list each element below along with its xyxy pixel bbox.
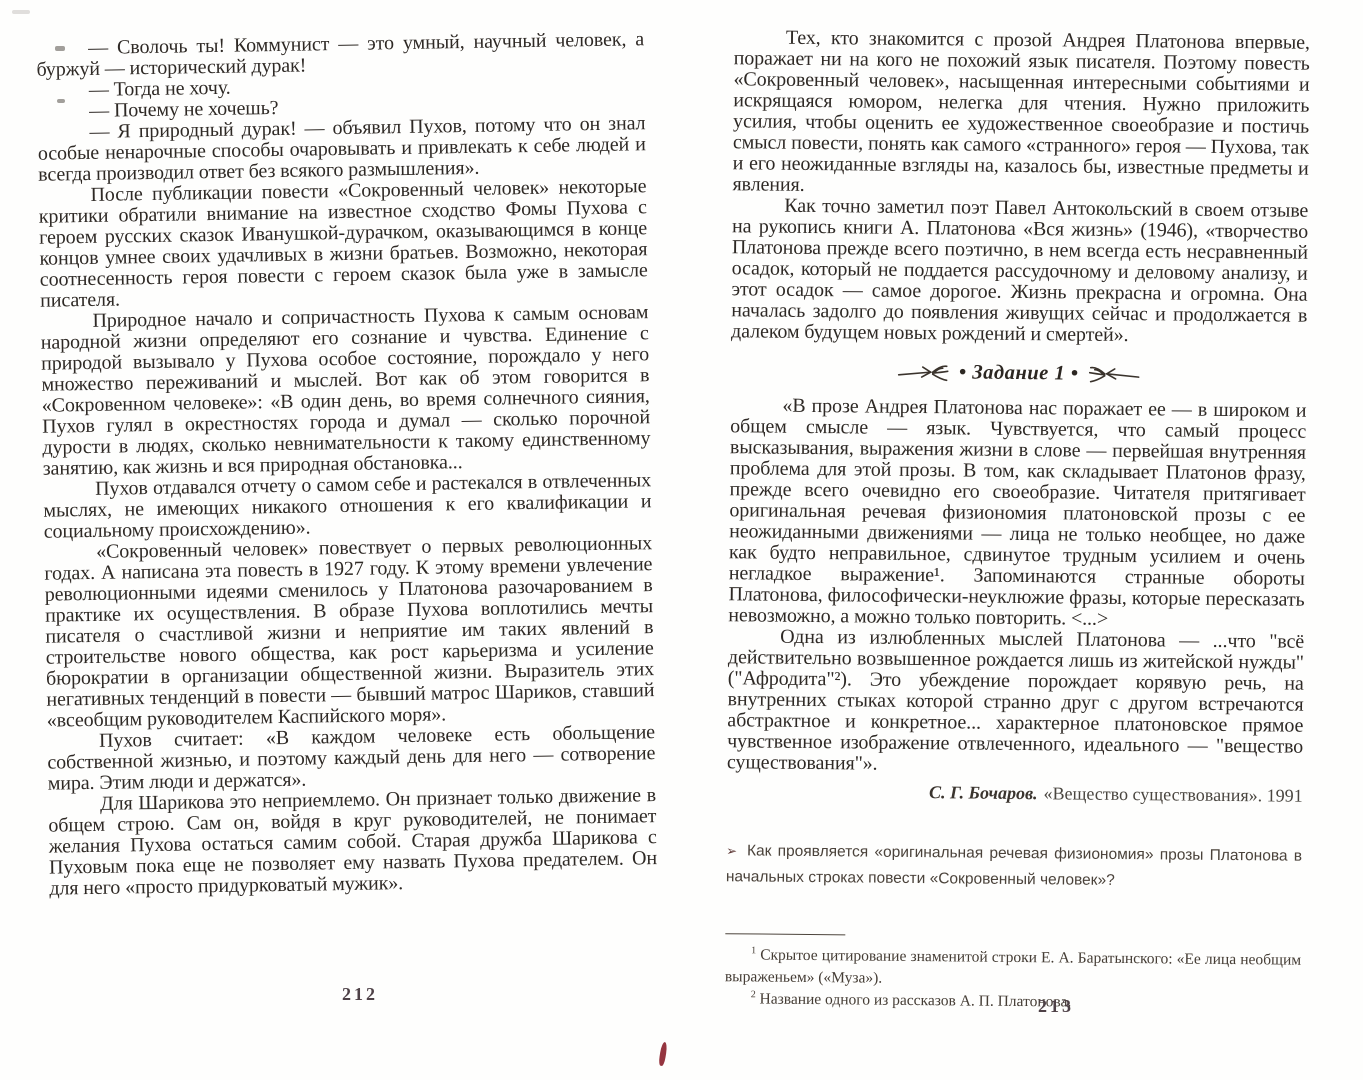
page-number-right: 213 — [1038, 996, 1074, 1017]
scan-artifact-red-mark — [658, 1042, 668, 1067]
footnote: 2 Название одного из рассказов А. П. Пла… — [725, 988, 1301, 1016]
laurel-flourish-left-icon — [897, 362, 949, 382]
paragraph: Как точно заметил поэт Павел Антокольски… — [731, 195, 1308, 348]
paragraph: Тех, кто знакомится с прозой Андрея Плат… — [732, 27, 1310, 201]
right-page: Тех, кто знакомится с прозой Андрея Плат… — [725, 27, 1310, 1015]
attribution-work: «Вещество существования». 1991 — [1043, 783, 1302, 805]
question-text: Как проявляется «оригинальная речевая фи… — [726, 842, 1302, 889]
scan-artifact — [12, 10, 30, 14]
paragraph: «В прозе Андрея Платонова нас поражает е… — [728, 395, 1306, 632]
task-question: ➢Как проявляется «оригинальная речевая ф… — [726, 838, 1302, 895]
question-pointer-icon: ➢ — [726, 844, 737, 859]
footnote-text: Скрытое цитирование знаменитой строки Е.… — [725, 947, 1301, 987]
footnote-text: Название одного из рассказов А. П. Плато… — [759, 991, 1071, 1011]
paragraph: Природное начало и сопричастность Пухова… — [40, 302, 651, 480]
paragraph: Одна из излюбленных мыслей Платонова — .… — [727, 626, 1304, 779]
paragraph: «Сокровенный человек» повествует о первы… — [44, 533, 655, 732]
paragraph: — Я природный дурак! — объявил Пухов, по… — [37, 113, 646, 186]
task-heading: • Задание 1 • — [731, 359, 1307, 388]
footnote-divider — [725, 933, 845, 935]
footnote: 1 Скрытое цитирование знаменитой строки … — [725, 944, 1301, 994]
task-heading-label: • Задание 1 • — [959, 361, 1079, 384]
quote-attribution: С. Г. Бочаров.«Вещество существования». … — [727, 778, 1303, 808]
page-number-left: 212 — [342, 984, 378, 1005]
scan-artifact — [55, 46, 65, 51]
attribution-author: С. Г. Бочаров. — [929, 782, 1038, 803]
footnotes-section: 1 Скрытое цитирование знаменитой строки … — [725, 933, 1302, 1016]
laurel-flourish-right-icon — [1088, 364, 1140, 384]
footnote-mark: 2 — [751, 989, 756, 1000]
scan-artifact — [57, 99, 65, 103]
paragraph: После публикации повести «Сокровенный че… — [38, 176, 648, 312]
paragraph: Пухов отдавался отчету о самом себе и ра… — [43, 470, 652, 543]
paragraph: Для Шарикова это неприемлемо. Он признае… — [48, 785, 658, 900]
left-page: — Сволочь ты! Коммунист — это умный, нау… — [36, 29, 657, 899]
paragraph: Пухов считает: «В каждом человеке есть о… — [47, 722, 656, 795]
footnote-mark: 1 — [751, 945, 756, 956]
